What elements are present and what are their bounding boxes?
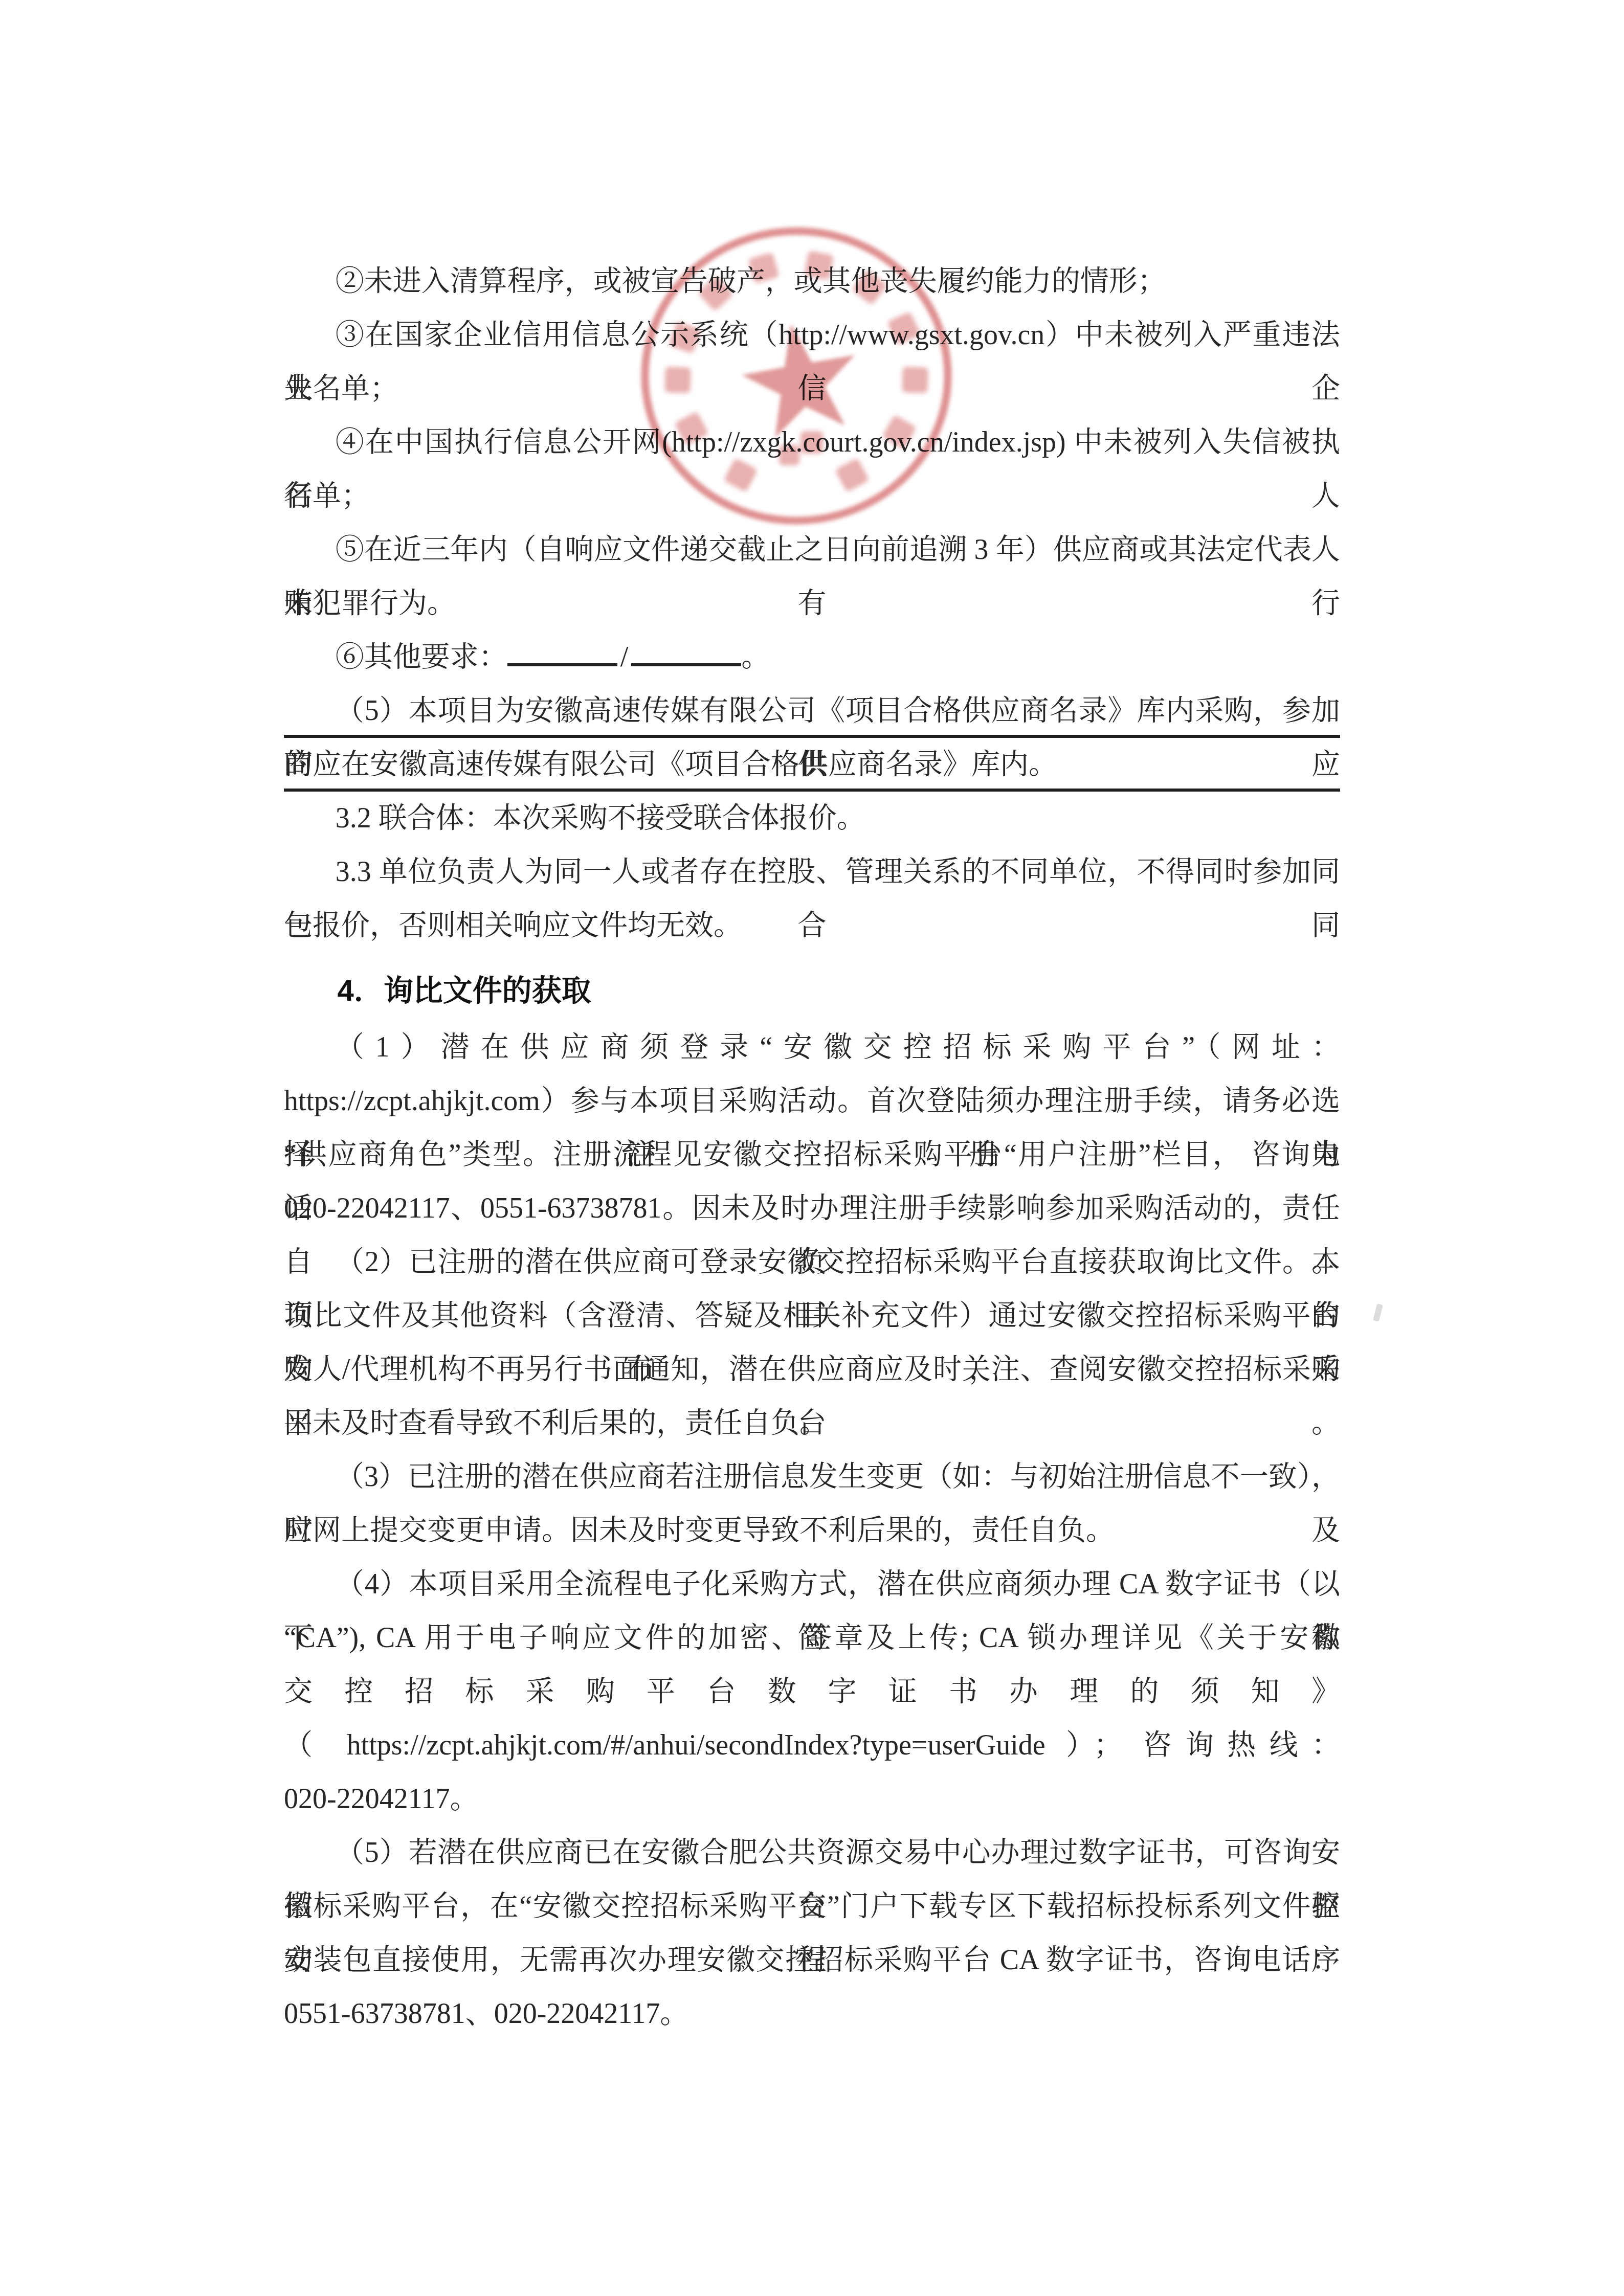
- text-line: 招标采购平台，在“安徽交控招标采购平台”门户下载专区下载招标投标系列文件驱动程序: [284, 1880, 1340, 1933]
- text-line: 020-22042117、0551-63738781。因未及时办理注册手续影响参…: [284, 1182, 1340, 1235]
- text-line: ③在国家企业信用信息公示系统（http://www.gsxt.gov.cn）中未…: [284, 308, 1340, 362]
- other-requirements-label: ⑥其他要求：: [336, 641, 507, 673]
- document-page: ②未进入清算程序，或被宣告破产，或其他丧失履约能力的情形； ③在国家企业信用信息…: [0, 0, 1624, 2296]
- text-line: 0551-63738781、020-22042117。: [284, 1987, 1340, 2041]
- text-line: “CA”), CA 用于电子响应文件的加密、签章及上传; CA 锁办理详见《关于…: [284, 1611, 1340, 1665]
- text-line: 020-22042117。: [284, 1772, 1340, 1826]
- scan-artifact: [1373, 1303, 1383, 1322]
- text-line: ⑤在近三年内（自响应文件递交截止之日向前追溯 3 年）供应商或其法定代表人未有行: [284, 523, 1340, 577]
- document-body: ②未进入清算程序，或被宣告破产，或其他丧失履约能力的情形； ③在国家企业信用信息…: [284, 255, 1340, 2041]
- period-mark: 。: [741, 641, 770, 673]
- section-heading: 4．询比文件的获取: [284, 964, 1340, 1018]
- text-line: （3）已注册的潜在供应商若注册信息发生变更（如：与初始注册信息不一致）， 应及: [284, 1450, 1340, 1504]
- text-line: （4）本项目采用全流程电子化采购方式，潜在供应商须办理 CA 数字证书（以下简称: [284, 1558, 1340, 1611]
- text-line: ④在中国执行信息公开网(http://zxgk.court.gov.cn/ind…: [284, 416, 1340, 469]
- blank-underline-field: [507, 662, 617, 666]
- text-line: （5）若潜在供应商已在安徽合肥公共资源交易中心办理过数字证书，可咨询安徽交控: [284, 1826, 1340, 1880]
- text-line: 安装包直接使用，无需再次办理安徽交控招标采购平台 CA 数字证书，咨询电话：: [284, 1933, 1340, 1987]
- text-line: （2）已注册的潜在供应商可登录安徽交控招标采购平台直接获取询比文件。本项目的: [284, 1235, 1340, 1289]
- text-line: https://zcpt.ahjkjt.com）参与本项目采购活动。首次登陆须办…: [284, 1074, 1340, 1128]
- blank-underline-field: [631, 662, 741, 666]
- text-line: 交控招标采购平台数字证书办理的须知》: [284, 1665, 1340, 1719]
- text-line: 购人/代理机构不再另行书面通知，潜在供应商应及时关注、查阅安徽交控招标采购平台。: [284, 1343, 1340, 1397]
- text-line: 询比文件及其他资料（含澄清、答疑及相关补充文件）通过安徽交控招标采购平台发布，采: [284, 1289, 1340, 1343]
- text-line: ②未进入清算程序，或被宣告破产，或其他丧失履约能力的情形；: [284, 255, 1340, 308]
- text-line: 3.3 单位负责人为同一人或者存在控股、管理关系的不同单位，不得同时参加同一合同: [284, 845, 1340, 899]
- other-requirements-line: ⑥其他要求：/。: [284, 631, 1340, 684]
- text-line: （ https://zcpt.ahjkjt.com/#/anhui/second…: [284, 1719, 1340, 1772]
- slash-separator: /: [617, 641, 632, 673]
- underlined-clause-line: （5）本项目为安徽高速传媒有限公司《项目合格供应商名录》库内采购，参加的供应: [284, 684, 1340, 738]
- text-line: 3.2 联合体：本次采购不接受联合体报价。: [284, 792, 1340, 845]
- text-line: “供应商角色”类型。注册流程见安徽交控招标采购平台“用户注册”栏目， 咨询电话：: [284, 1128, 1340, 1182]
- text-line: （1）潜在供应商须登录“安徽交控招标采购平台”（网址：: [284, 1021, 1340, 1074]
